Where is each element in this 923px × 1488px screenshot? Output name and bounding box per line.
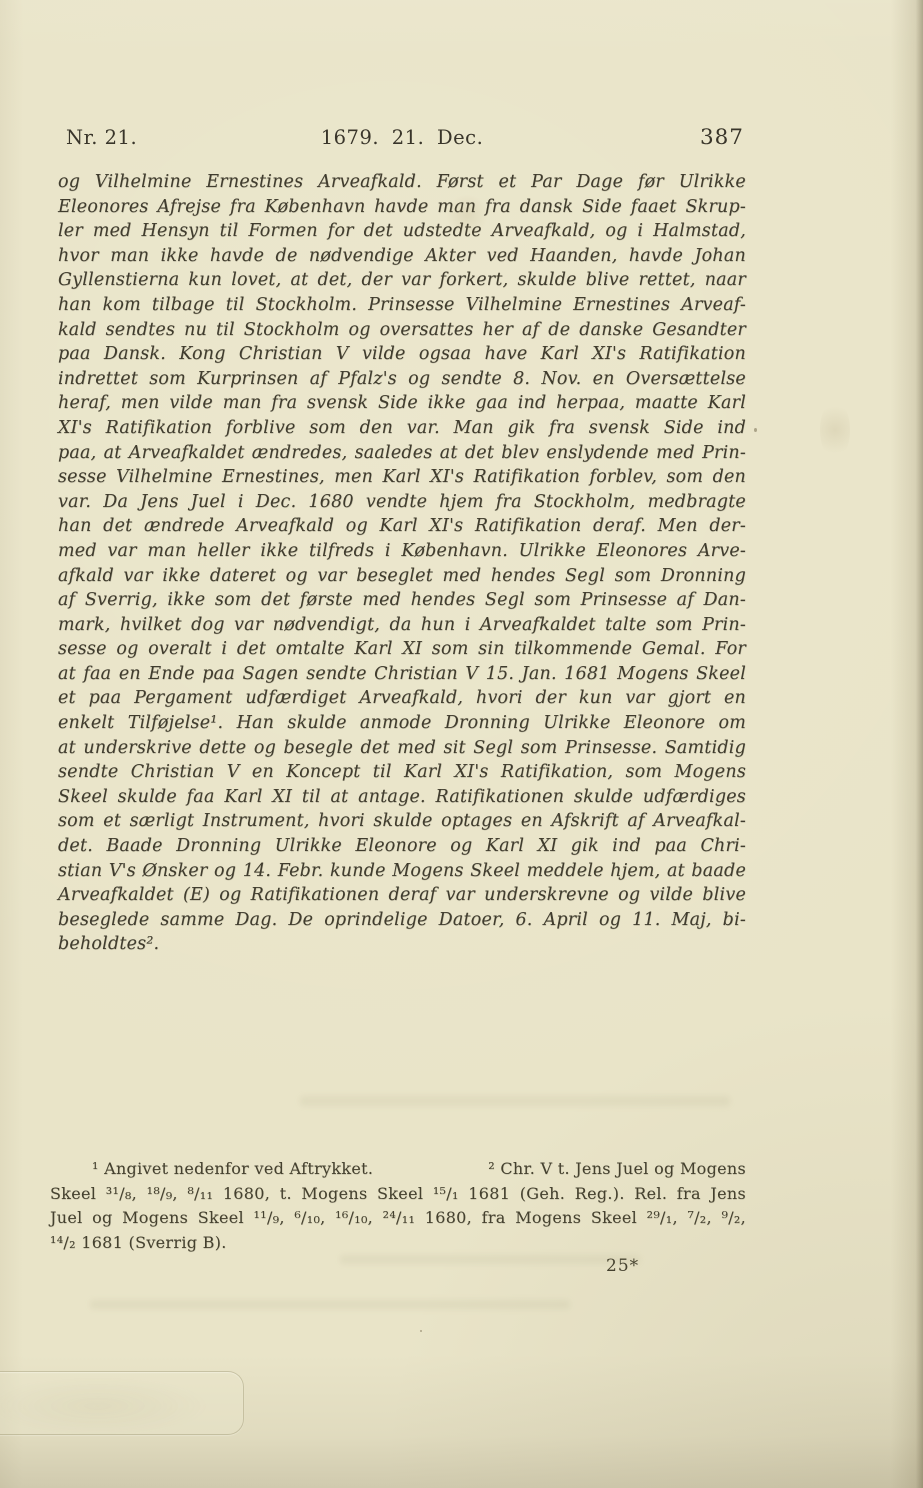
body-line: indrettet som Kurprinsen af Pfalz's og s… bbox=[58, 367, 746, 392]
body-line: at faa en Ende paa Sagen sendte Christia… bbox=[58, 662, 746, 687]
body-line: han det ændrede Arveafkald og Karl XI's … bbox=[58, 514, 746, 539]
body-line: heraf, men vilde man fra svensk Side ikk… bbox=[58, 391, 746, 416]
body-line: Gyllenstierna kun lovet, at det, der var… bbox=[58, 268, 746, 293]
footnote-line: Skeel ³¹/₈, ¹⁸/₉, ⁸/₁₁ 1680, t. Mogens S… bbox=[50, 1182, 746, 1207]
body-line: XI's Ratifikation forblive som den var. … bbox=[58, 416, 746, 441]
body-line: paa, at Arveafkaldet ændredes, saaledes … bbox=[58, 441, 746, 466]
body-line: sesse Vilhelmine Ernestines, men Karl XI… bbox=[58, 465, 746, 490]
body-line: af Sverrig, ikke som det første med hend… bbox=[58, 588, 746, 613]
footnote-1: ¹ Angivet nedenfor ved Aftrykket. bbox=[92, 1157, 373, 1182]
body-line: enkelt Tilføjelse¹. Han skulde anmode Dr… bbox=[58, 711, 746, 736]
body-line: Arveafkaldet (E) og Ratifikationen deraf… bbox=[58, 883, 746, 908]
paper-smudge bbox=[820, 400, 850, 460]
embossed-label-impression bbox=[0, 1371, 244, 1435]
body-line: at underskrive dette og besegle det med … bbox=[58, 736, 746, 761]
paper-smudge bbox=[445, 195, 489, 235]
body-line: paa Dansk. Kong Christian V vilde ogsaa … bbox=[58, 342, 746, 367]
body-line: var. Da Jens Juel i Dec. 1680 vendte hje… bbox=[58, 490, 746, 515]
date-heading: 1679. 21. Dec. bbox=[58, 124, 746, 152]
body-text: og Vilhelmine Ernestines Arveafkald. Før… bbox=[58, 170, 746, 957]
footnote-first-line: ¹ Angivet nedenfor ved Aftrykket. ² Chr.… bbox=[50, 1157, 746, 1182]
scanned-book-page: Nr. 21. 1679. 21. Dec. 387 og Vilhelmine… bbox=[0, 0, 923, 1488]
footnote-2-start: ² Chr. V t. Jens Juel og Mogens bbox=[488, 1157, 746, 1182]
body-line: hvor man ikke havde de nødvendige Akter … bbox=[58, 244, 746, 269]
body-line: Eleonores Afrejse fra København havde ma… bbox=[58, 195, 746, 220]
body-line: beholdtes². bbox=[58, 932, 746, 957]
ink-speck bbox=[754, 428, 757, 432]
page-number: 387 bbox=[700, 124, 744, 152]
body-line: og Vilhelmine Ernestines Arveafkald. Før… bbox=[58, 170, 746, 195]
body-line: kald sendtes nu til Stockholm og oversat… bbox=[58, 318, 746, 343]
body-line: som et særligt Instrument, hvori skulde … bbox=[58, 809, 746, 834]
body-line: stian V's Ønsker og 14. Febr. kunde Moge… bbox=[58, 859, 746, 884]
showthrough-text-ghost bbox=[90, 1300, 570, 1309]
footnote-line: ¹⁴/₂ 1681 (Sverrig B). bbox=[50, 1231, 746, 1256]
footnotes: ¹ Angivet nedenfor ved Aftrykket. ² Chr.… bbox=[50, 1157, 746, 1255]
body-line: med var man heller ikke tilfreds i Køben… bbox=[58, 539, 746, 564]
footnote-line: Juel og Mogens Skeel ¹¹/₉, ⁶/₁₀, ¹⁶/₁₀, … bbox=[50, 1206, 746, 1231]
body-line: afkald var ikke dateret og var beseglet … bbox=[58, 564, 746, 589]
body-line: sendte Christian V en Koncept til Karl X… bbox=[58, 760, 746, 785]
body-line: et paa Pergament udfærdiget Arveafkald, … bbox=[58, 686, 746, 711]
showthrough-text-ghost bbox=[340, 1255, 640, 1264]
ink-speck bbox=[420, 1330, 422, 1332]
body-line: Skeel skulde faa Karl XI til at antage. … bbox=[58, 785, 746, 810]
body-line: sesse og overalt i det omtalte Karl XI s… bbox=[58, 637, 746, 662]
body-line: han kom tilbage til Stockholm. Prinsesse… bbox=[58, 293, 746, 318]
body-line: det. Baade Dronning Ulrikke Eleonore og … bbox=[58, 834, 746, 859]
showthrough-text-ghost bbox=[300, 1096, 730, 1106]
body-line: beseglede samme Dag. De oprindelige Dato… bbox=[58, 908, 746, 933]
page-header: Nr. 21. 1679. 21. Dec. 387 bbox=[58, 124, 746, 152]
body-line: mark, hvilket dog var nødvendigt, da hun… bbox=[58, 613, 746, 638]
body-line: ler med Hensyn til Formen for det udsted… bbox=[58, 219, 746, 244]
footnote-continuation: Skeel ³¹/₈, ¹⁸/₉, ⁸/₁₁ 1680, t. Mogens S… bbox=[50, 1182, 746, 1256]
